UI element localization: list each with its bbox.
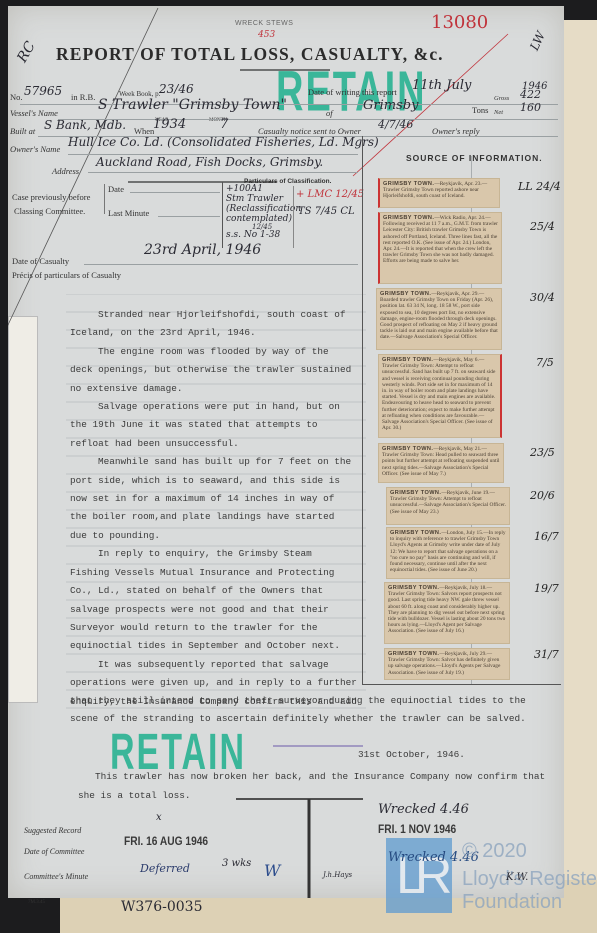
source-title: SOURCE OF INFORMATION. <box>406 153 543 163</box>
print-code: 7M.3.45 <box>28 900 45 905</box>
news-clipping: GRIMSBY TOWN.—Wick Radio, Apr. 24.—Follo… <box>378 212 502 284</box>
source-date-note: 7/5 <box>536 356 554 369</box>
case-previously-label: Case previously before <box>12 192 90 202</box>
news-clipping: GRIMSBY TOWN.—Reykjavik, July 29.—Trawle… <box>384 648 510 680</box>
class-line: s.s. No 1-38 <box>226 230 301 240</box>
body-line: that they still intend to send their sur… <box>70 692 526 710</box>
net-label: Net <box>494 109 503 116</box>
suggested-record-mark: x <box>156 812 162 823</box>
built-year: 1934 <box>153 117 186 132</box>
body-line: refloat had been unsuccessful. <box>70 435 360 453</box>
in-rb-label: in R.B. <box>71 92 95 102</box>
copyright-text: © 2020 <box>462 840 527 863</box>
classification-list: +100A1 Stm Trawler (Reclassification con… <box>226 184 301 240</box>
tons-label: Tons <box>472 105 488 115</box>
addendum-date: 31st October, 1946. <box>358 749 465 760</box>
file-number: 13080 <box>431 12 488 33</box>
committee-minute-label: Committee's Minute <box>24 872 88 881</box>
date-of-committee-label: Date of Committee <box>24 847 84 856</box>
news-clipping: GRIMSBY TOWN.—Reykjavik, May 6.—Trawler … <box>378 354 502 438</box>
last-minute-label: Last Minute <box>108 208 149 218</box>
body-line: Iceland, on the 23rd April, 1946. <box>70 324 360 342</box>
net-tons-value: 160 <box>520 101 541 114</box>
date-writing-label: Date of writing this report <box>308 87 397 97</box>
precis-label: Précis of particulars of Casualty <box>12 270 121 280</box>
source-date-note: 19/7 <box>534 582 559 595</box>
committee-date-label: Date <box>108 184 124 194</box>
classing-committee-label: Classing Committee. <box>14 206 85 216</box>
body-line: It was subsequently reported that salvag… <box>70 656 360 674</box>
of-label: of <box>326 108 333 118</box>
news-clipping: GRIMSBY TOWN.—London, July 15.—In reply … <box>386 527 510 579</box>
owner-name-label: Owner's Name <box>10 144 60 154</box>
built-at-label: Built at <box>10 126 35 136</box>
body-line: due to pounding. <box>70 527 360 545</box>
source-date-note: LL 24/4 <box>518 180 561 193</box>
body-line: the 19th June it was stated that attempt… <box>70 416 360 434</box>
body-line: now set in for a maximum of 14 inches in… <box>70 490 360 508</box>
body-line: equinoctial tides in September and Octob… <box>70 637 360 655</box>
vessel-name-label: Vessel's Name <box>10 108 58 118</box>
built-at-value: S Bank, Mdb. <box>44 118 126 132</box>
casualty-precis-text: Stranded near Hjorleifshofdi, south coas… <box>70 306 360 711</box>
wrecked-note: Wrecked 4.46 <box>378 802 469 817</box>
class-note: TS 7/45 CL <box>298 206 355 217</box>
suggested-record-label: Suggested Record <box>24 826 81 835</box>
body-line: Co., Ld., stated on behalf of the Owners… <box>70 582 360 600</box>
body-line: Surveyor would return to the trawler for… <box>70 619 360 637</box>
body-line: operations were given up, and in reply t… <box>70 674 360 692</box>
body-line: Fishing Vessels Mutual Insurance and Pro… <box>70 564 360 582</box>
source-date-note: 31/7 <box>534 648 559 661</box>
news-clipping: GRIMSBY TOWN.—Reykjavik, Apr. 23.—Trawle… <box>378 178 500 208</box>
body-line: deck openings, but otherwise the trawler… <box>70 361 360 379</box>
source-date-note: 30/4 <box>530 291 555 304</box>
body-line: Stranded near Hjorleifshofdi, south coas… <box>70 306 360 324</box>
class-line: +100A1 <box>226 184 301 194</box>
small-rubber-stamp: WRECK STEWS <box>235 20 293 27</box>
initials-right: K.W. <box>506 872 528 883</box>
address-value: Auckland Road, Fish Docks, Grimsby. <box>96 155 323 169</box>
date-of-casualty-label: Date of Casualty <box>12 256 69 266</box>
source-date-note: 23/5 <box>530 446 555 459</box>
initials-mid: J.h.Hays <box>323 871 352 879</box>
rb-number: 57965 <box>24 84 62 98</box>
source-date-note: 25/4 <box>530 220 555 233</box>
no-label: No. <box>10 92 23 102</box>
news-clipping: GRIMSBY TOWN.—Reykjavik, July 18.—Trawle… <box>384 582 510 644</box>
addendum-line: This trawler has now broken her back, an… <box>95 771 545 782</box>
body-line: Meanwhile sand has built up for 7 feet o… <box>70 453 360 471</box>
body-line: Salvage operations were put in hand, but… <box>70 398 360 416</box>
addendum-line: she is a total loss. <box>78 790 191 801</box>
date-writing-value: 11th July <box>412 78 471 93</box>
body-line: The engine room was flooded by way of th… <box>70 343 360 361</box>
body-line: the boiler room,and plate landings have … <box>70 508 360 526</box>
weeks-note: 3 wks <box>222 858 251 869</box>
final-date-stamp: FRI. 1 NOV 1946 <box>378 822 456 836</box>
gross-tons-value: 422 <box>520 88 541 101</box>
class-note-red: + LMC 12/45 <box>296 189 364 200</box>
class-line: (Reclassification <box>226 204 301 214</box>
class-line: Stm Trawler <box>226 194 301 204</box>
body-line: no extensive damage. <box>70 380 360 398</box>
initials-left: W <box>264 861 280 880</box>
source-date-note: 16/7 <box>534 530 559 543</box>
owners-reply-label: Owner's reply <box>432 126 480 136</box>
gross-label: Gross <box>494 95 509 102</box>
body-line: salvage prospects were not good and that… <box>70 601 360 619</box>
committee-date-stamp: FRI. 16 AUG 1946 <box>124 834 208 848</box>
week-book-value: 23/46 <box>159 82 194 96</box>
owner-name-value: Hull Ice Co. Ld. (Consolidated Fisheries… <box>68 135 379 149</box>
port-value: Grimsby <box>363 98 418 113</box>
body-line: In reply to enquiry, the Grimsby Steam <box>70 545 360 563</box>
built-month: 7 <box>220 117 228 132</box>
deferred-note: Deferred <box>140 862 190 875</box>
vessel-name-value: S Trawler "Grimsby Town" <box>98 97 287 113</box>
news-clipping: GRIMSBY TOWN.—Reykjavik, June 19.—Trawle… <box>386 487 510 525</box>
source-date-note: 20/6 <box>530 489 555 502</box>
lr-org-name-2: Foundation <box>462 891 562 914</box>
news-clipping: GRIMSBY TOWN.—Reykjavik, Apr. 29.—Boarde… <box>376 288 502 350</box>
body-line: port side, which is to seaward, and this… <box>70 472 360 490</box>
catalog-number: W376-0035 <box>121 899 202 915</box>
report-form: WRECK STEWS 453 13080 RC LW REPORT OF TO… <box>8 6 564 898</box>
address-label: Address <box>52 166 79 176</box>
news-clipping: GRIMSBY TOWN.—Reykjavik, May 21.—Trawler… <box>378 443 504 483</box>
date-of-casualty-value: 23rd April, 1946 <box>144 242 261 258</box>
casualty-notice-value: 4/7/46 <box>378 118 413 131</box>
lr-org-name: Lloyd's Register <box>462 868 597 891</box>
pencil-ref: 453 <box>258 30 275 40</box>
